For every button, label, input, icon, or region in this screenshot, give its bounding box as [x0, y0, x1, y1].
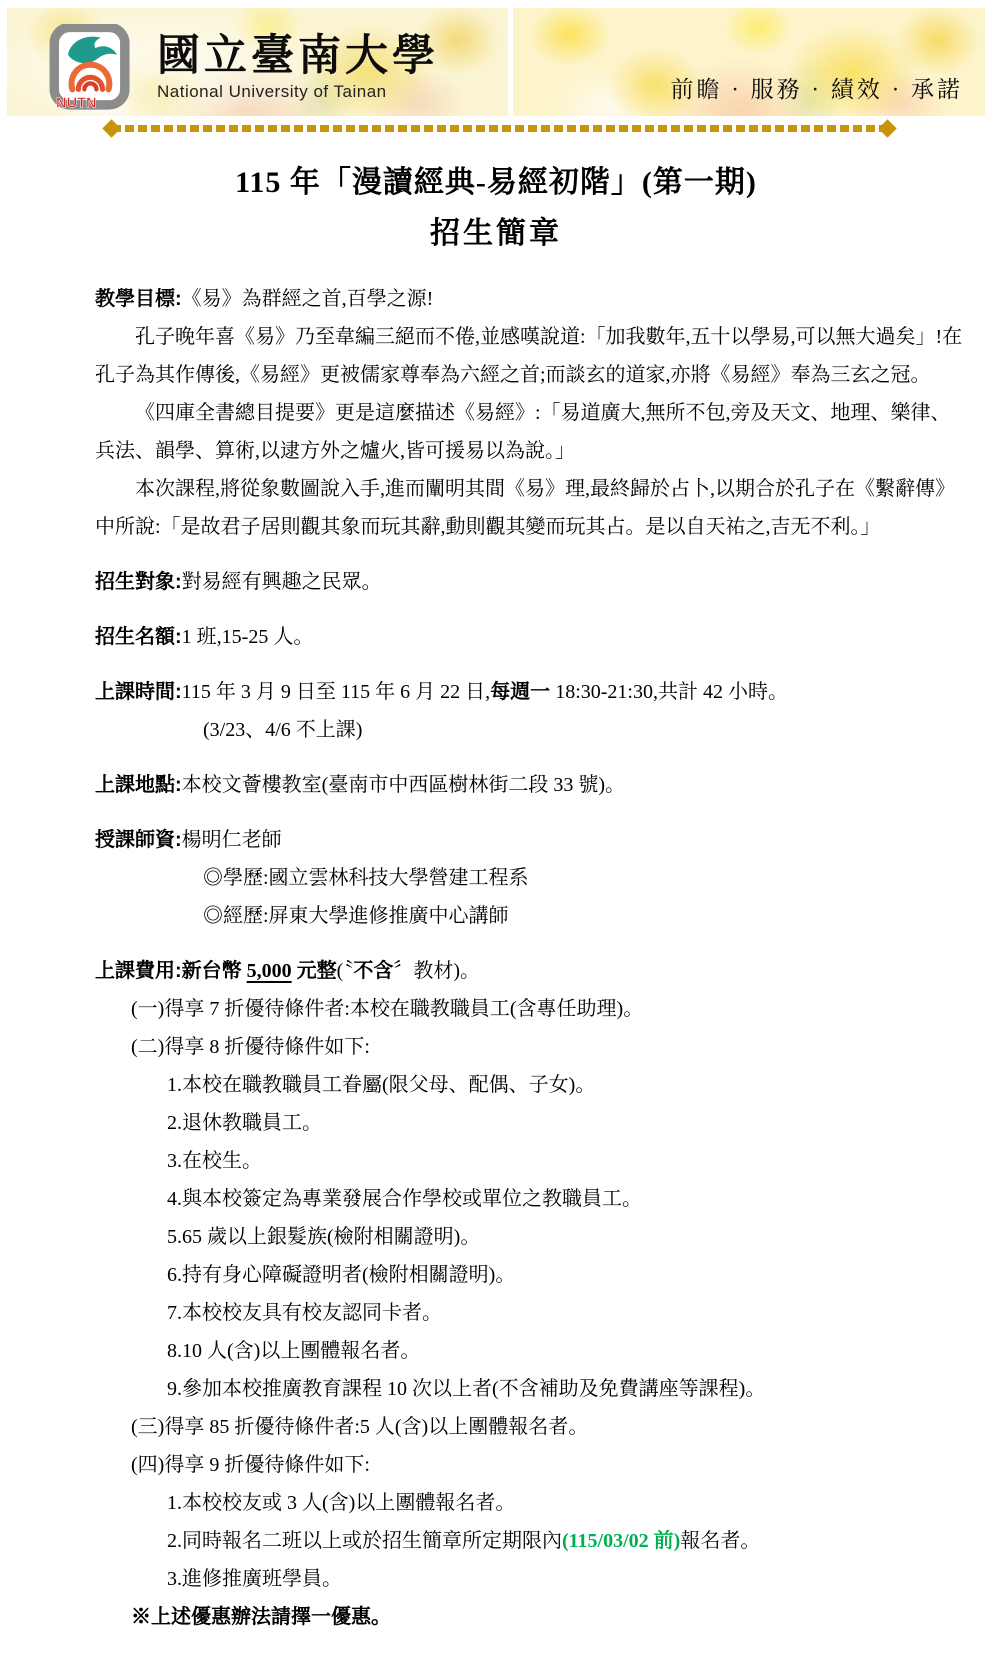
university-logo-block: NUTN 國立臺南大學 National University of Taina…	[35, 24, 439, 110]
fee-d8-item-7: 7.本校校友具有校友認同卡者。	[167, 1294, 964, 1332]
instructor-line: 授課師資:楊明仁老師	[95, 821, 964, 859]
fee-unit: 元整	[292, 960, 337, 982]
fee-d9-item-1: 1.本校校友或 3 人(含)以上團體報名者。	[167, 1484, 964, 1522]
fee-currency: 新台幣	[182, 960, 247, 982]
fee-d9-item-2-post: 報名者。	[680, 1530, 760, 1552]
location-line: 上課地點:本校文薈樓教室(臺南市中西區樹林街二段 33 號)。	[95, 766, 964, 804]
quota-label: 招生名額:	[95, 626, 182, 648]
section-goal: 教學目標:《易》為群經之首,百學之源! 孔子晚年喜《易》乃至韋編三絕而不倦,並感…	[95, 280, 964, 546]
fee-d8-item-9: 9.參加本校推廣教育課程 10 次以上者(不含補助及免費講座等課程)。	[167, 1370, 964, 1408]
time-part2: 18:30-21:30,共計 42 小時。	[550, 681, 788, 703]
gold-dashed-divider	[112, 125, 887, 132]
instructor-label: 授課師資:	[95, 829, 182, 851]
fee-discount-90-head: (四)得享 9 折優待條件如下:	[131, 1446, 964, 1484]
section-quota: 招生名額:1 班,15-25 人。	[95, 618, 964, 656]
fee-d8-item-4: 4.與本校簽定為專業發展合作學校或單位之教職員工。	[167, 1180, 964, 1218]
registration-deadline-highlight: (115/03/02 前)	[562, 1530, 680, 1552]
fee-paren-open: (〝	[337, 960, 354, 982]
goal-label: 教學目標:	[95, 288, 182, 310]
instructor-name: 楊明仁老師	[182, 829, 282, 851]
document-title-line2: 招生簡章	[0, 208, 992, 260]
goal-intro: 《易》為群經之首,百學之源!	[182, 288, 434, 310]
time-label: 上課時間:	[95, 681, 182, 703]
time-part1: 115 年 3 月 9 日至 115 年 6 月 22 日,	[182, 681, 491, 703]
quota-text: 1 班,15-25 人。	[182, 626, 314, 648]
fee-d9-item-2: 2.同時報名二班以上或於招生簡章所定期限內(115/03/02 前)報名者。	[167, 1522, 964, 1560]
document-title: 115 年「漫讀經典-易經初階」(第一期) 招生簡章	[0, 158, 992, 260]
fee-discount-70: (一)得享 7 折優待條件者:本校在職教職員工(含專任助理)。	[131, 990, 964, 1028]
instructor-education: ◎學歷:國立雲林科技大學營建工程系	[203, 859, 964, 897]
logo-acronym-text: NUTN	[56, 95, 97, 110]
divider-wrap	[0, 116, 992, 140]
university-slogan: 前瞻 · 服務 · 績效 · 承諾	[671, 71, 963, 104]
fee-label: 上課費用:	[95, 960, 182, 982]
fee-d8-item-5: 5.65 歲以上銀髮族(檢附相關證明)。	[167, 1218, 964, 1256]
time-weekday: 每週一	[490, 681, 550, 703]
time-line: 上課時間:115 年 3 月 9 日至 115 年 6 月 22 日,每週一 1…	[95, 673, 964, 711]
section-audience: 招生對象:對易經有興趣之民眾。	[95, 563, 964, 601]
fee-amount: 5,000	[247, 960, 292, 982]
fee-note: ※上述優惠辦法請擇一優惠。	[131, 1598, 964, 1636]
fee-paren-close: 〞教材)。	[393, 960, 480, 982]
audience-label: 招生對象:	[95, 571, 182, 593]
banner-photo-right: 前瞻 · 服務 · 績效 · 承諾	[513, 8, 985, 116]
location-label: 上課地點:	[95, 774, 182, 796]
goal-paragraph-2: 《四庫全書總目提要》更是這麼描述《易經》:「易道廣大,無所不包,旁及天文、地理、…	[95, 394, 964, 470]
fee-excluded: 不含	[353, 960, 393, 982]
section-instructor: 授課師資:楊明仁老師 ◎學歷:國立雲林科技大學營建工程系 ◎經歷:屏東大學進修推…	[95, 821, 964, 935]
university-names: 國立臺南大學 National University of Tainan	[157, 33, 439, 102]
university-name-zh: 國立臺南大學	[157, 33, 439, 81]
section-location: 上課地點:本校文薈樓教室(臺南市中西區樹林街二段 33 號)。	[95, 766, 964, 804]
fee-d8-item-1: 1.本校在職教職員工眷屬(限父母、配偶、子女)。	[167, 1066, 964, 1104]
fee-d9-item-2-pre: 2.同時報名二班以上或於招生簡章所定期限內	[167, 1530, 562, 1552]
time-note: (3/23、4/6 不上課)	[203, 711, 964, 749]
fee-line: 上課費用:新台幣 5,000 元整(〝不含〞教材)。	[95, 952, 964, 990]
fee-discount-85: (三)得享 85 折優待條件者:5 人(含)以上團體報名者。	[131, 1408, 964, 1446]
fee-d8-item-2: 2.退休教職員工。	[167, 1104, 964, 1142]
fee-d8-item-8: 8.10 人(含)以上團體報名者。	[167, 1332, 964, 1370]
document-title-line1: 115 年「漫讀經典-易經初階」(第一期)	[0, 158, 992, 208]
section-time: 上課時間:115 年 3 月 9 日至 115 年 6 月 22 日,每週一 1…	[95, 673, 964, 749]
header-banner: NUTN 國立臺南大學 National University of Taina…	[0, 0, 992, 116]
fee-d9-item-3: 3.進修推廣班學員。	[167, 1560, 964, 1598]
goal-paragraph-3: 本次課程,將從象數圖說入手,進而闡明其間《易》理,最終歸於占卜,以期合於孔子在《…	[95, 470, 964, 546]
quota-line: 招生名額:1 班,15-25 人。	[95, 618, 964, 656]
fee-d8-item-6: 6.持有身心障礙證明者(檢附相關證明)。	[167, 1256, 964, 1294]
audience-line: 招生對象:對易經有興趣之民眾。	[95, 563, 964, 601]
section-fee: 上課費用:新台幣 5,000 元整(〝不含〞教材)。 (一)得享 7 折優待條件…	[95, 952, 964, 1636]
university-name-en: National University of Tainan	[157, 82, 439, 102]
fee-d8-item-3: 3.在校生。	[167, 1142, 964, 1180]
document-body: 教學目標:《易》為群經之首,百學之源! 孔子晚年喜《易》乃至韋編三絕而不倦,並感…	[0, 260, 992, 1666]
goal-line: 教學目標:《易》為群經之首,百學之源!	[95, 280, 964, 318]
banner-photo-left: NUTN 國立臺南大學 National University of Taina…	[7, 8, 508, 116]
audience-text: 對易經有興趣之民眾。	[182, 571, 382, 593]
goal-paragraph-1: 孔子晚年喜《易》乃至韋編三絕而不倦,並感嘆說道:「加我數年,五十以學易,可以無大…	[95, 318, 964, 394]
nutn-logo-icon: NUTN	[35, 24, 151, 110]
instructor-experience: ◎經歷:屏東大學進修推廣中心講師	[203, 897, 964, 935]
fee-discount-80-head: (二)得享 8 折優待條件如下:	[131, 1028, 964, 1066]
location-text: 本校文薈樓教室(臺南市中西區樹林街二段 33 號)。	[182, 774, 625, 796]
